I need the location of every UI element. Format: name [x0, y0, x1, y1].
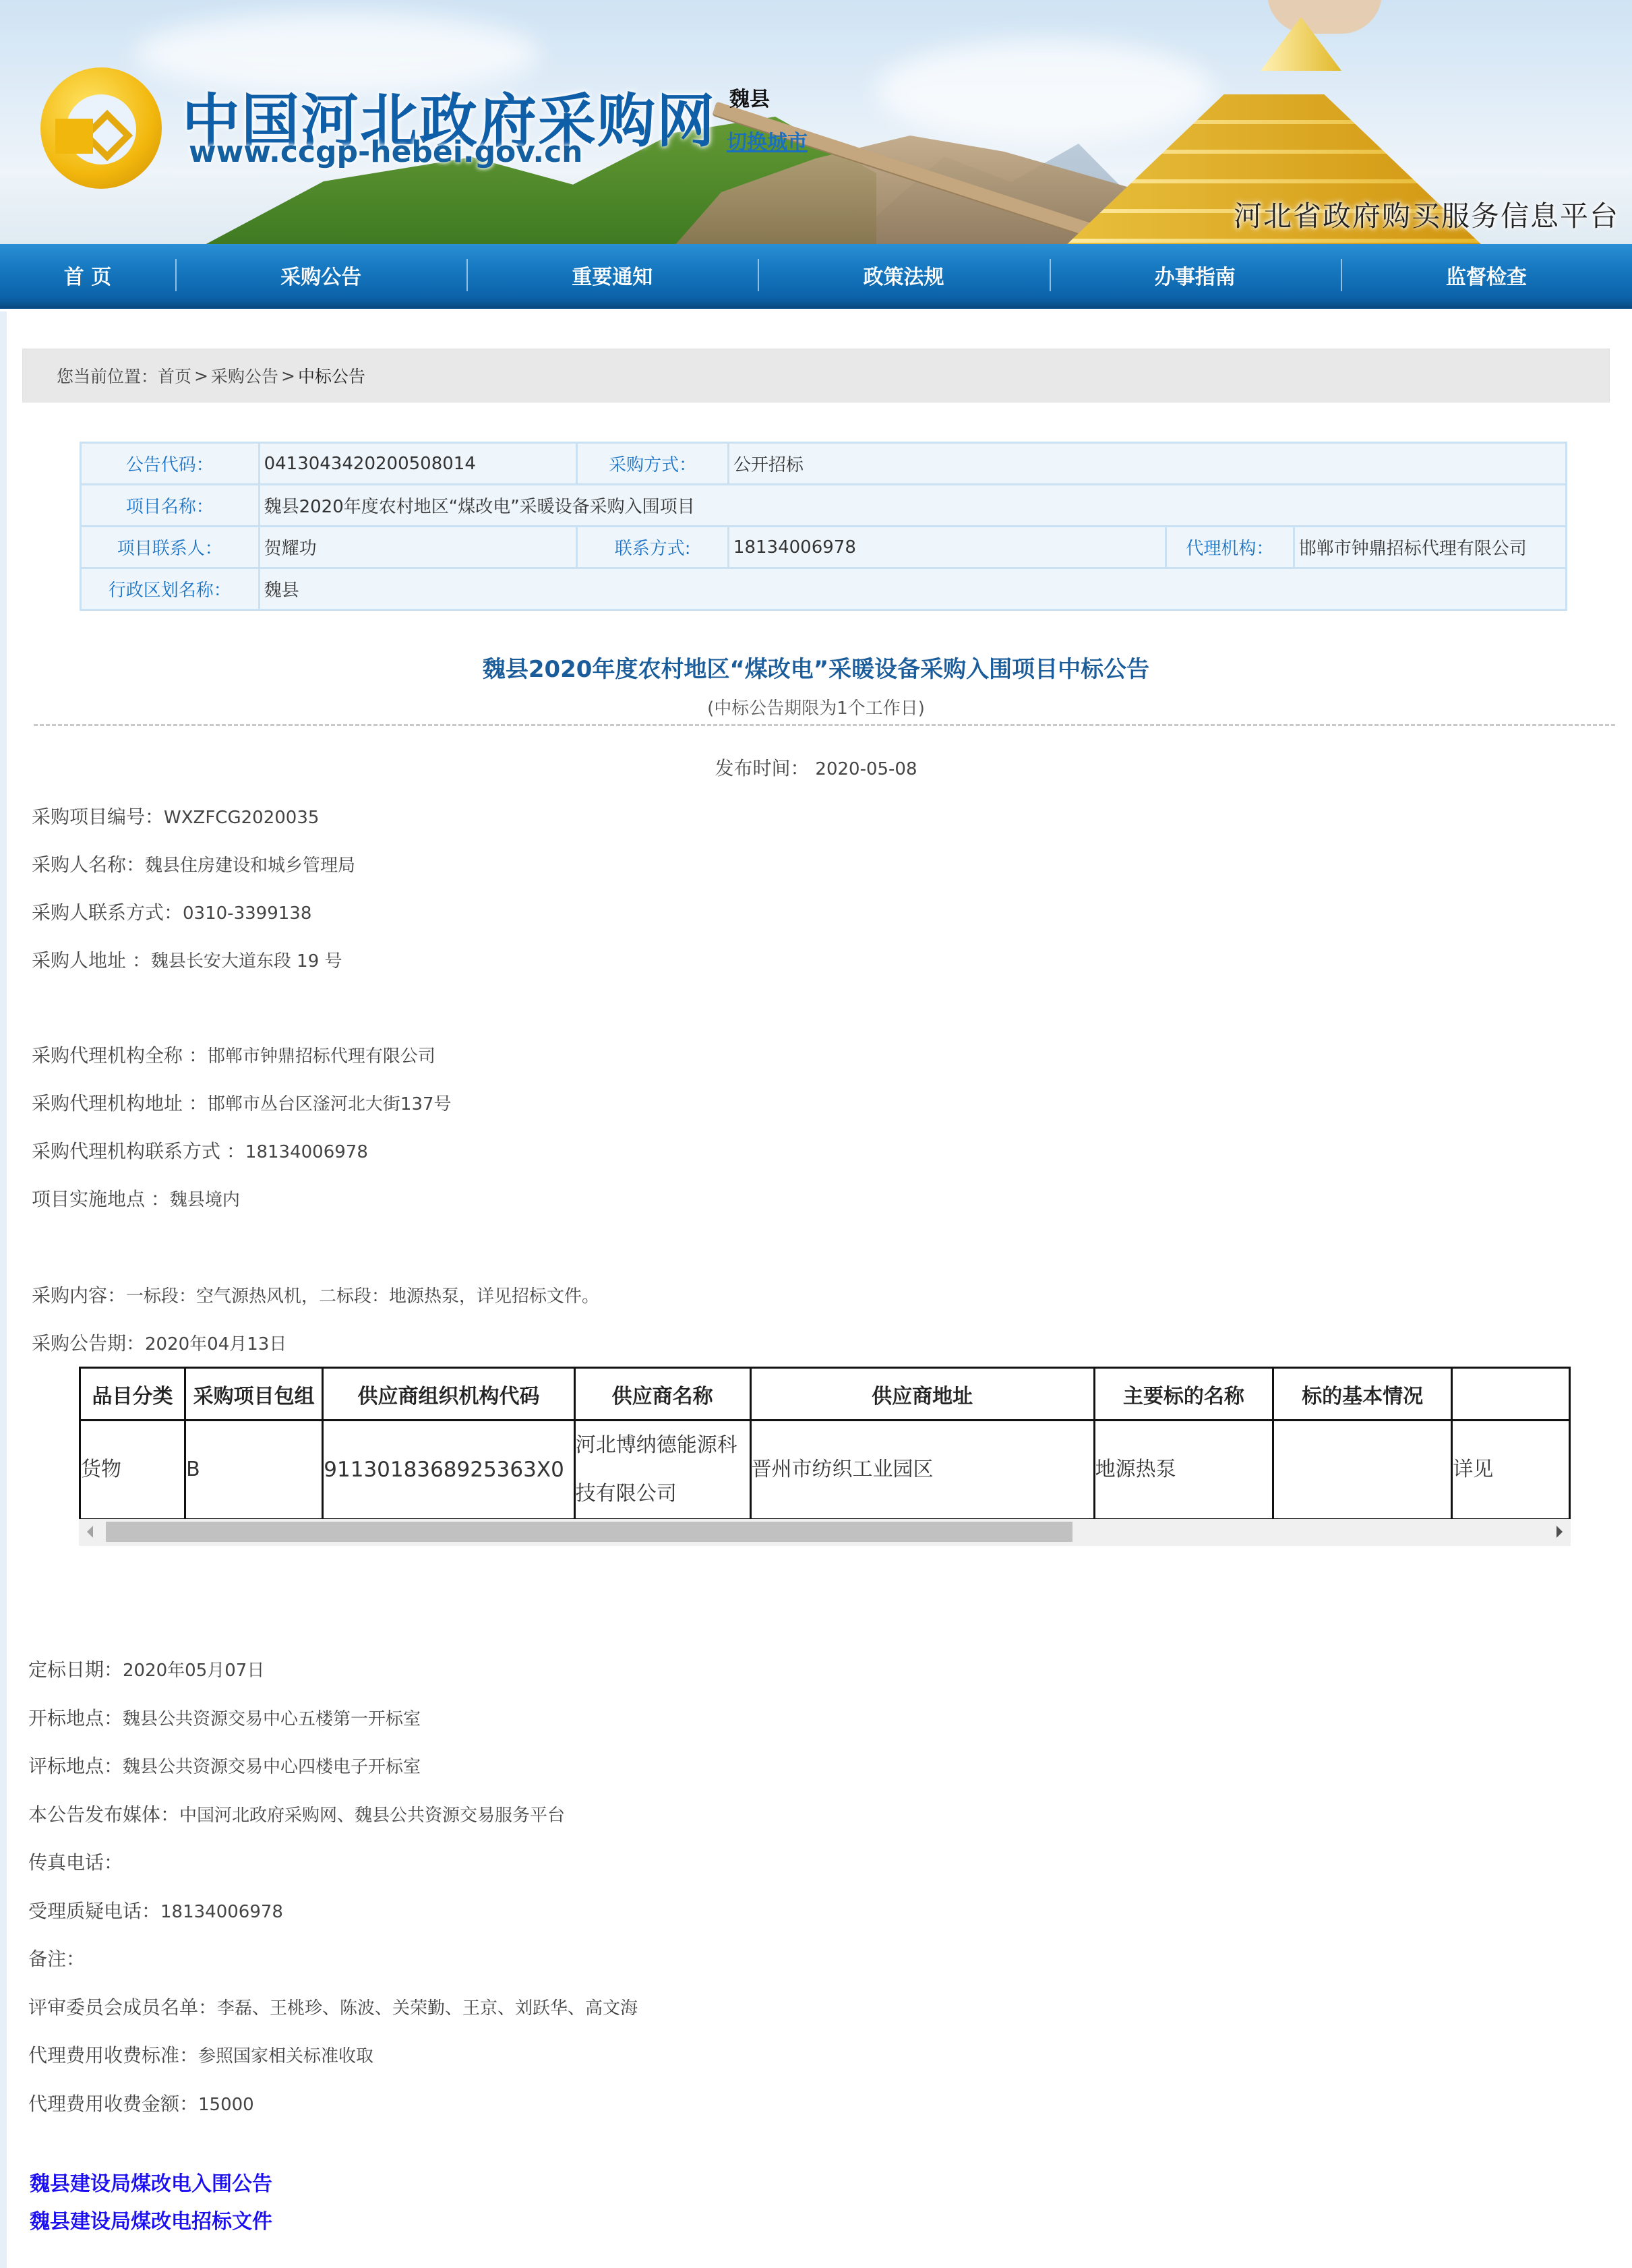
breadcrumb-separator: > [194, 366, 208, 386]
info-line-label: 开标地点： [28, 1707, 123, 1729]
breadcrumb-separator: > [281, 366, 295, 386]
info-line: 备注： [28, 1944, 85, 1971]
platform-name: 河北省政府购买服务信息平台 [1234, 194, 1619, 235]
results-column-header: 供应商名称 [574, 1368, 750, 1421]
info-line-value: 魏县公共资源交易中心四楼电子开标室 [123, 1757, 421, 1777]
info-line-value: 魏县住房建设和城乡管理局 [145, 856, 355, 876]
results-column-header: 标的基本情况 [1273, 1368, 1451, 1421]
info-line-value: 邯郸市丛台区滏河北大街137号 [208, 1094, 452, 1114]
contact-person-label: 项目联系人： [81, 527, 260, 568]
info-line: 采购内容：一标段：空气源热风机，二标段：地源热泵，详见招标文件。 [32, 1281, 599, 1308]
contact-person-value: 贺耀功 [259, 527, 577, 568]
info-line: 评审委员会成员名单：李磊、王桃珍、陈波、关荣勤、王京、刘跃华、高文海 [28, 1993, 638, 2020]
info-line: 采购代理机构联系方式 ：18134006978 [32, 1137, 368, 1164]
main-nav: 首 页 采购公告 重要通知 政策法规 办事指南 监督检查 [0, 244, 1632, 309]
results-column-header: 品目分类 [80, 1368, 185, 1421]
table-cell: 详见 [1452, 1421, 1570, 1520]
agency-label: 代理机构： [1166, 527, 1294, 568]
project-name-value: 魏县2020年度农村地区“煤改电”采暖设备采购入围项目 [259, 485, 1566, 527]
table-cell: 晋州市纺织工业园区 [750, 1421, 1094, 1520]
info-line-label: 本公告发布媒体： [28, 1803, 179, 1826]
info-line: 采购人联系方式：0310-3399138 [32, 898, 311, 925]
info-line-label: 传真电话： [28, 1851, 123, 1874]
publish-label: 发布时间： [715, 757, 809, 779]
info-line: 代理费用收费金额：15000 [28, 2089, 254, 2116]
nav-supervision[interactable]: 监督检查 [1341, 244, 1632, 306]
info-row: 项目联系人： 贺耀功 联系方式: 18134006978 代理机构： 邯郸市钟鼎… [81, 527, 1567, 568]
scroll-left-arrow-icon[interactable] [87, 1526, 93, 1538]
table-cell: 地源热泵 [1094, 1421, 1273, 1520]
table-cell: 9113018368925363X0 [323, 1421, 575, 1520]
results-column-header [1452, 1368, 1570, 1421]
region-label: 行政区划名称： [81, 568, 260, 610]
nav-guide[interactable]: 办事指南 [1050, 244, 1341, 306]
results-table: 品目分类采购项目包组供应商组织机构代码供应商名称供应商地址主要标的名称标的基本情… [79, 1367, 1571, 1520]
site-url: www.ccgp-hebei.gov.cn [189, 135, 583, 169]
info-line: 采购公告期：2020年04月13日 [32, 1329, 286, 1356]
nav-procurement-notices[interactable]: 采购公告 [175, 244, 466, 306]
info-line-value: 一标段：空气源热风机，二标段：地源热泵，详见招标文件。 [126, 1286, 599, 1307]
notice-info-table: 公告代码： 0413043420200508014 采购方式： 公开招标 项目名… [80, 442, 1567, 611]
publish-date: 2020-05-08 [815, 759, 917, 779]
info-line: 采购代理机构地址 ：邯郸市丛台区滏河北大街137号 [32, 1089, 452, 1116]
scroll-right-arrow-icon[interactable] [1557, 1526, 1563, 1538]
project-name-label: 项目名称： [81, 485, 260, 527]
info-line-value: 18134006978 [245, 1142, 368, 1162]
breadcrumb-home[interactable]: 首页 [158, 363, 191, 388]
info-line-label: 采购公告期： [32, 1332, 145, 1354]
current-city: 魏县 [729, 82, 770, 112]
page-left-border [0, 311, 7, 2268]
nav-home[interactable]: 首 页 [0, 244, 175, 306]
contact-phone-label: 联系方式: [577, 527, 729, 568]
info-line-value: 魏县公共资源交易中心五楼第一开标室 [123, 1709, 421, 1729]
dashed-divider [34, 724, 1615, 726]
header-banner: 中国河北政府采购网 www.ccgp-hebei.gov.cn 魏县 切换城市 … [0, 0, 1632, 246]
region-value: 魏县 [259, 568, 1566, 610]
info-line-label: 评审委员会成员名单： [28, 1996, 217, 2019]
info-line-value: 中国河北政府采购网、魏县公共资源交易服务平台 [179, 1806, 565, 1826]
info-line-label: 采购内容： [32, 1284, 126, 1307]
info-line-label: 评标地点： [28, 1755, 123, 1777]
info-line-label: 采购代理机构全称 ： [32, 1044, 208, 1067]
document-title: 魏县2020年度农村地区“煤改电”采暖设备采购入围项目中标公告 [0, 651, 1632, 684]
nav-policies[interactable]: 政策法规 [758, 244, 1049, 306]
info-line-label: 采购代理机构联系方式 ： [32, 1140, 245, 1162]
agency-value: 邯郸市钟鼎招标代理有限公司 [1294, 527, 1566, 568]
info-line-value: 2020年04月13日 [145, 1334, 286, 1354]
attachment-link-shortlist-notice[interactable]: 魏县建设局煤改电入围公告 [30, 2167, 272, 2197]
info-line: 代理费用收费标准：参照国家相关标准收取 [28, 2041, 373, 2068]
info-line: 采购人名称：魏县住房建设和城乡管理局 [32, 850, 355, 877]
info-line-label: 备注： [28, 1948, 85, 1970]
document-subtitle: (中标公告期限为1个工作日) [0, 694, 1632, 719]
breadcrumb-prefix: 您当前位置： [57, 363, 158, 388]
info-line-value: 15000 [198, 2095, 254, 2115]
info-line-value: 18134006978 [160, 1902, 283, 1922]
info-line-value: 魏县境内 [170, 1190, 240, 1210]
info-line: 传真电话： [28, 1848, 123, 1875]
info-line: 受理质疑电话：18134006978 [28, 1897, 283, 1923]
table-cell: B [185, 1421, 323, 1520]
notice-code-value: 0413043420200508014 [259, 443, 577, 485]
table-cell: 货物 [80, 1421, 185, 1520]
info-line: 本公告发布媒体：中国河北政府采购网、魏县公共资源交易服务平台 [28, 1800, 565, 1827]
results-column-header: 供应商组织机构代码 [323, 1368, 575, 1421]
breadcrumb: 您当前位置： 首页 > 采购公告 > 中标公告 [22, 349, 1610, 402]
info-line-label: 受理质疑电话： [28, 1900, 160, 1922]
info-line-value: 2020年05月07日 [123, 1661, 264, 1681]
info-line-label: 代理费用收费标准： [28, 2044, 198, 2066]
hand-icon [1267, 0, 1382, 34]
info-line-value: 0310-3399138 [183, 903, 311, 924]
info-line: 采购人地址 ：魏县长安大道东段 19 号 [32, 946, 342, 973]
results-header-row: 品目分类采购项目包组供应商组织机构代码供应商名称供应商地址主要标的名称标的基本情… [80, 1368, 1570, 1421]
info-line-label: 采购人联系方式： [32, 901, 183, 924]
info-line: 项目实施地点 ：魏县境内 [32, 1185, 240, 1212]
cloud-decoration [876, 40, 1213, 142]
info-line-label: 采购项目编号： [32, 806, 164, 828]
info-line-label: 采购人地址 ： [32, 949, 151, 972]
table-row: 货物B9113018368925363X0河北博纳德能源科技有限公司晋州市纺织工… [80, 1421, 1570, 1520]
info-line-label: 定标日期： [28, 1659, 123, 1681]
info-line-label: 采购人名称： [32, 854, 145, 876]
attachment-link-tender-document[interactable]: 魏县建设局煤改电招标文件 [30, 2205, 272, 2234]
info-line-value: WXZFCG2020035 [164, 808, 319, 828]
table-cell: 河北博纳德能源科技有限公司 [574, 1421, 750, 1520]
info-line: 评标地点：魏县公共资源交易中心四楼电子开标室 [28, 1752, 421, 1779]
info-line: 开标地点：魏县公共资源交易中心五楼第一开标室 [28, 1704, 421, 1731]
table-cell [1273, 1421, 1451, 1520]
purchase-method-value: 公开招标 [728, 443, 1566, 485]
info-line-label: 代理费用收费金额： [28, 2093, 198, 2115]
purchase-method-label: 采购方式： [577, 443, 729, 485]
info-line-value: 参照国家相关标准收取 [198, 2046, 373, 2066]
results-column-header: 主要标的名称 [1094, 1368, 1273, 1421]
logo-stem [55, 119, 93, 154]
results-column-header: 供应商地址 [750, 1368, 1094, 1421]
breadcrumb-current: 中标公告 [298, 363, 365, 388]
info-line: 采购项目编号：WXZFCG2020035 [32, 802, 319, 829]
info-row: 行政区划名称： 魏县 [81, 568, 1567, 610]
info-line-label: 项目实施地点 ： [32, 1188, 170, 1210]
info-row: 公告代码： 0413043420200508014 采购方式： 公开招标 [81, 443, 1567, 485]
horizontal-scrollbar[interactable] [79, 1519, 1571, 1546]
info-line-label: 采购代理机构地址 ： [32, 1092, 208, 1114]
scrollbar-thumb[interactable] [106, 1522, 1072, 1542]
notice-code-label: 公告代码： [81, 443, 260, 485]
info-line-value: 李磊、王桃珍、陈波、关荣勤、王京、刘跃华、高文海 [217, 1998, 638, 2019]
results-column-header: 采购项目包组 [185, 1368, 323, 1421]
contact-phone-value: 18134006978 [728, 527, 1166, 568]
info-row: 项目名称： 魏县2020年度农村地区“煤改电”采暖设备采购入围项目 [81, 485, 1567, 527]
publish-time: 发布时间： 2020-05-08 [0, 754, 1632, 781]
switch-city-link[interactable]: 切换城市 [727, 125, 808, 155]
info-line-value: 魏县长安大道东段 19 号 [151, 951, 342, 972]
info-line-value: 邯郸市钟鼎招标代理有限公司 [208, 1046, 435, 1067]
info-line: 采购代理机构全称 ：邯郸市钟鼎招标代理有限公司 [32, 1041, 435, 1068]
breadcrumb-procurement[interactable]: 采购公告 [211, 363, 278, 388]
info-line: 定标日期：2020年05月07日 [28, 1655, 264, 1682]
nav-important-notices[interactable]: 重要通知 [466, 244, 758, 306]
